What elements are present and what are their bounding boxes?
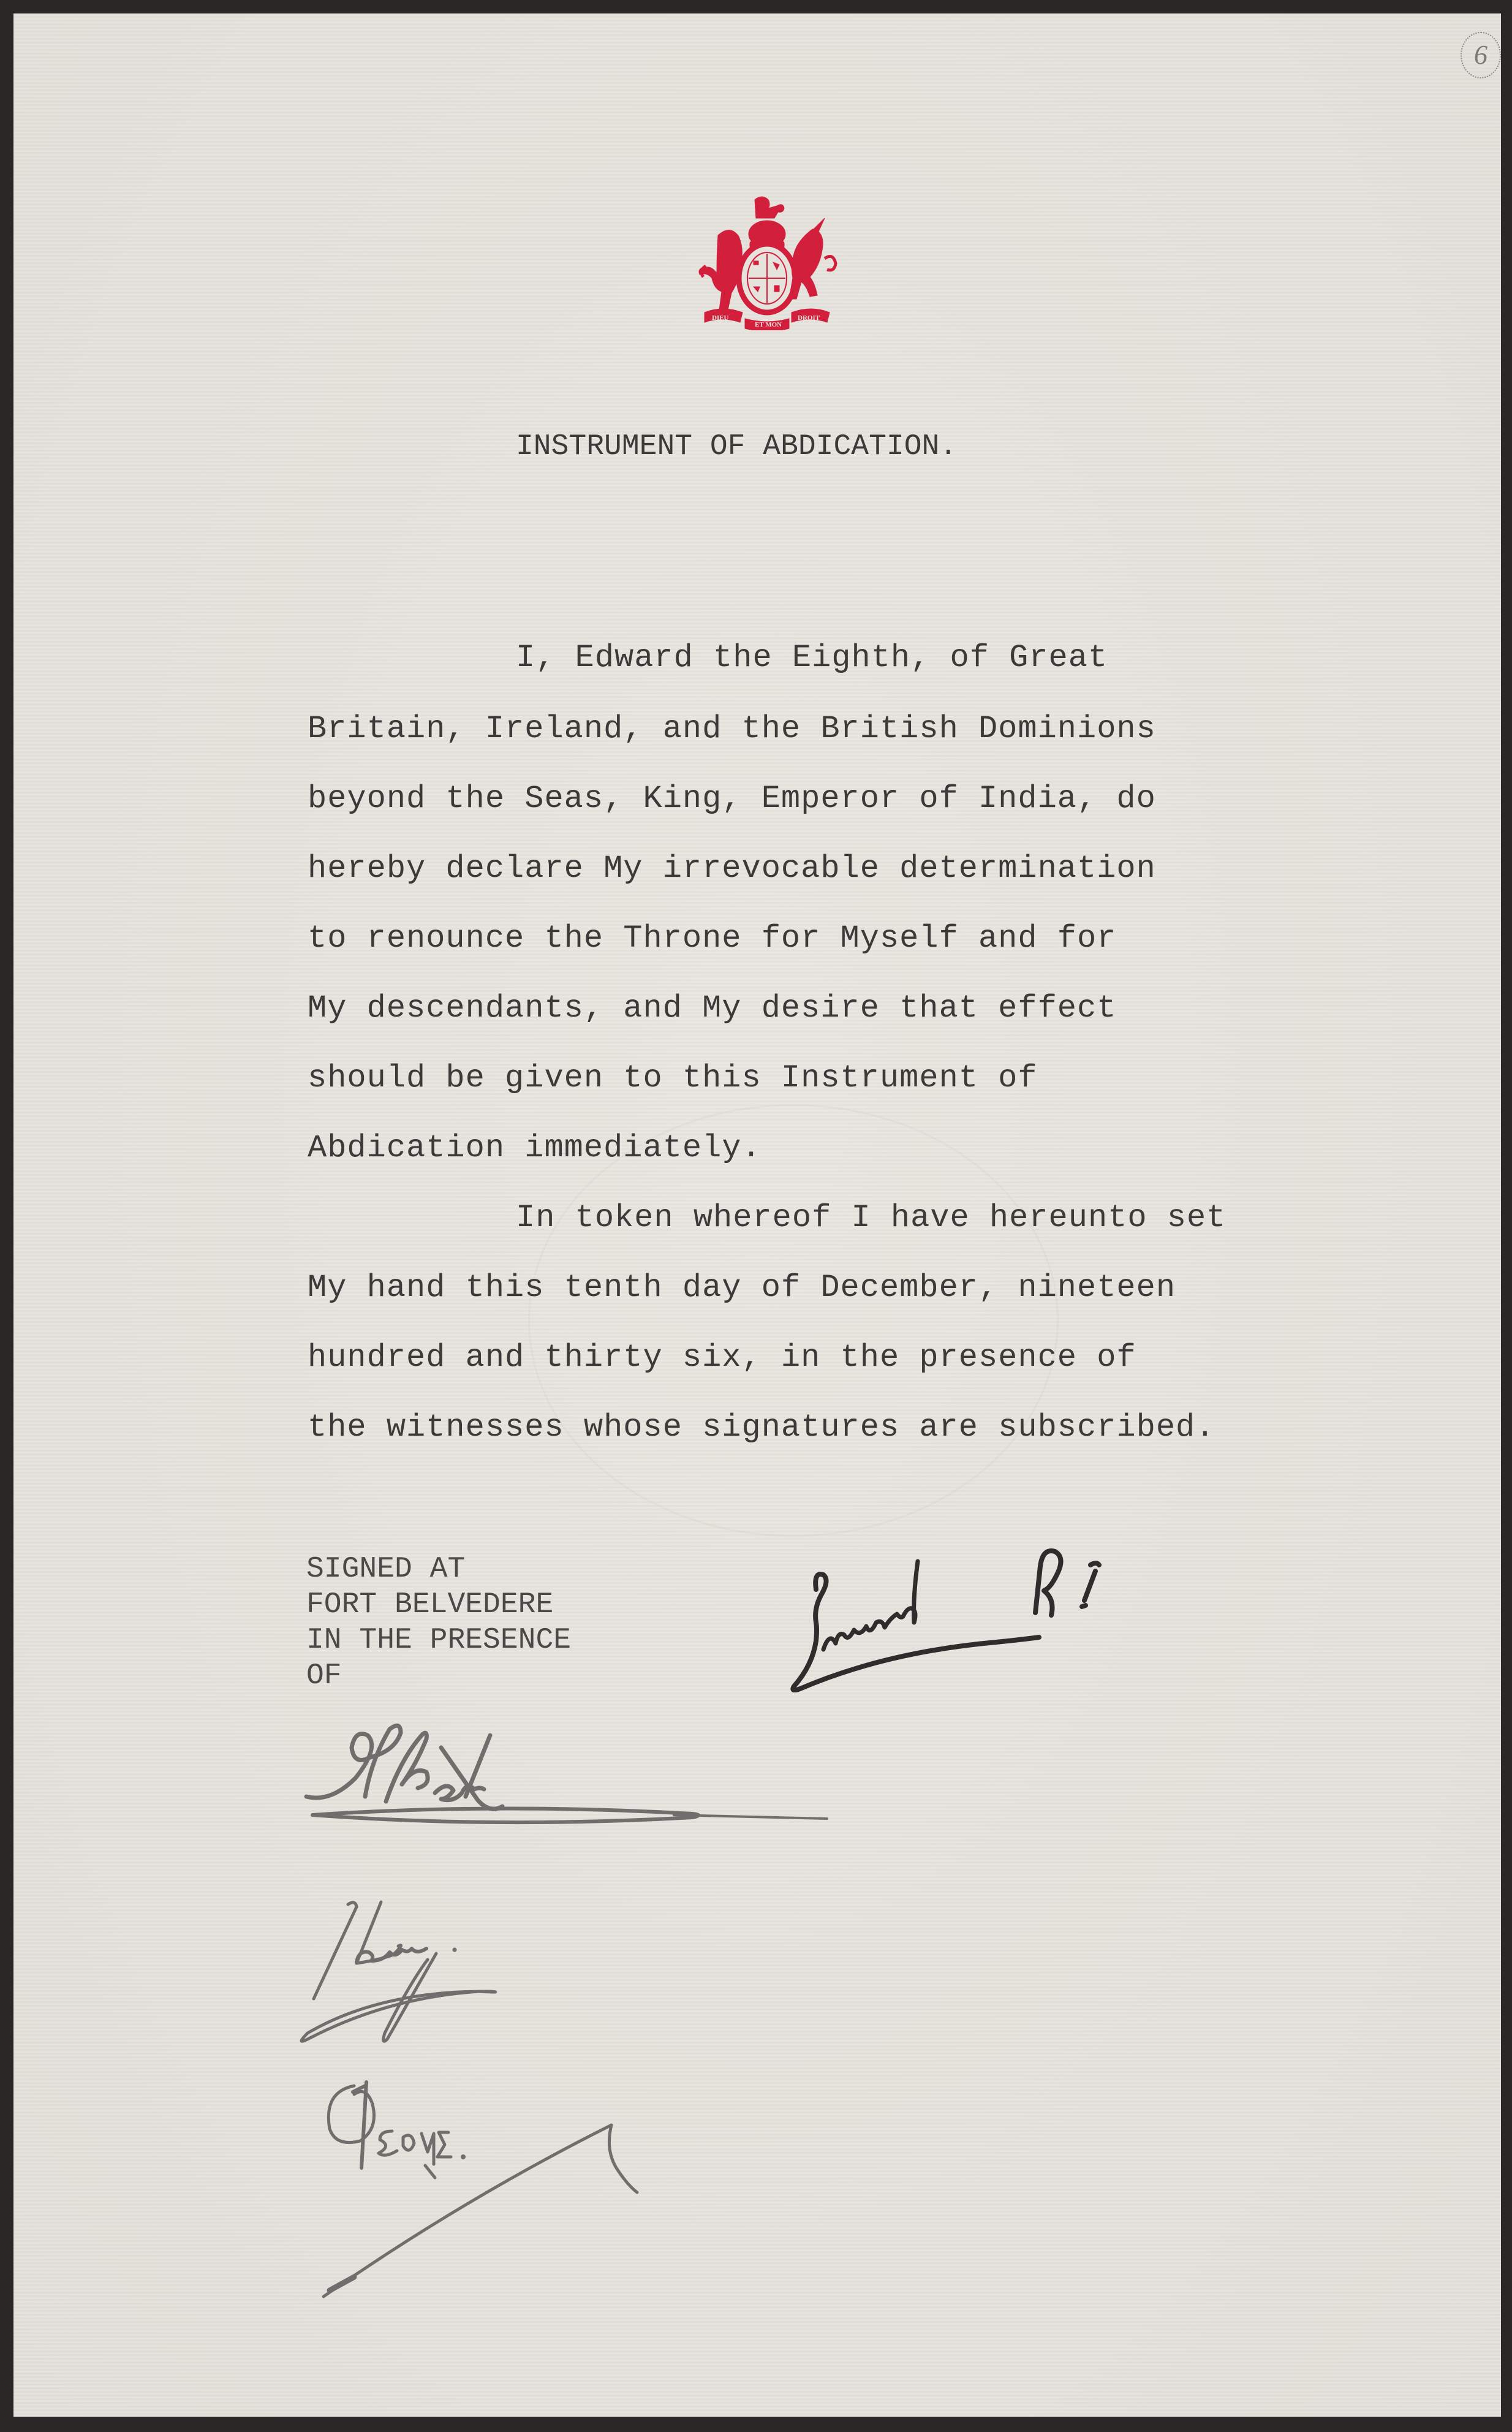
embossed-seal-watermark — [528, 1104, 1059, 1537]
document-title: INSTRUMENT OF ABDICATION. — [516, 430, 957, 463]
body-line: In token whereof I have hereunto set — [516, 1200, 1226, 1236]
document-page: 6 — [13, 13, 1501, 2417]
page-number-circle: 6 — [1461, 32, 1501, 78]
signature-witness-albert — [294, 1723, 845, 1846]
signed-line: OF — [306, 1658, 571, 1694]
body-line: beyond the Seas, King, Emperor of India,… — [308, 781, 1156, 817]
svg-text:DIEU: DIEU — [712, 314, 729, 322]
body-line: Abdication immediately. — [308, 1130, 762, 1166]
body-line: hundred and thirty six, in the presence … — [308, 1339, 1136, 1376]
body-line: the witnesses whose signatures are subsc… — [308, 1409, 1215, 1445]
royal-crest-icon: DIEU ET MON DROIT — [694, 192, 841, 330]
signed-line: IN THE PRESENCE — [306, 1623, 571, 1658]
signature-witness-george — [305, 2058, 795, 2315]
body-line: to renounce the Throne for Myself and fo… — [308, 920, 1116, 957]
signature-edward-r-i — [772, 1533, 1201, 1692]
body-line: My descendants, and My desire that effec… — [308, 990, 1116, 1026]
body-line: I, Edward the Eighth, of Great — [516, 640, 1108, 676]
svg-text:DROIT: DROIT — [798, 314, 820, 322]
signed-at-block: SIGNED AT FORT BELVEDERE IN THE PRESENCE… — [306, 1551, 571, 1694]
body-line: should be given to this Instrument of — [308, 1060, 1038, 1096]
signed-line: SIGNED AT — [306, 1551, 571, 1587]
signed-line: FORT BELVEDERE — [306, 1587, 571, 1623]
body-line: Britain, Ireland, and the British Domini… — [308, 711, 1156, 747]
svg-text:ET MON: ET MON — [755, 321, 782, 328]
body-line: hereby declare My irrevocable determinat… — [308, 850, 1156, 887]
page-number: 6 — [1474, 40, 1487, 70]
body-line: My hand this tenth day of December, nine… — [308, 1270, 1176, 1306]
signature-witness-henry — [289, 1876, 608, 2060]
